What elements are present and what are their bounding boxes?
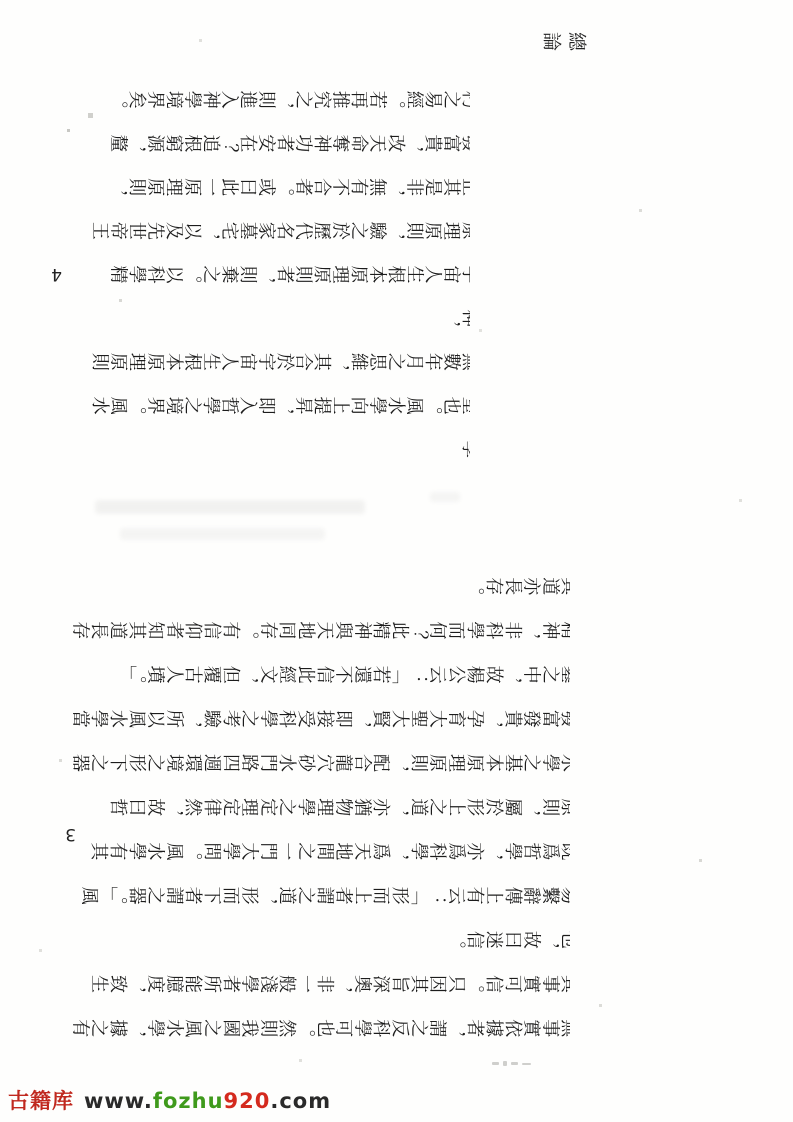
text-column: 原理原則，驗之於歷代名家墓宅，以及先世帝王 (75, 207, 470, 251)
text-column: 既爲哲學，亦爲科學，爲天地間之一門大學問。風水學有其 (68, 827, 570, 871)
watermark-url-number: 920 (224, 1089, 271, 1113)
ink-bleed-smudge (120, 528, 325, 540)
text-column: 其事實可信。只因其旨深奧，非一般淺學者所能臆度，致生 (68, 960, 570, 1004)
watermark-url-tld: .com (270, 1089, 331, 1113)
text-column: 墓之中，故楊公云：「若還不信此經文，但覆古人墳。」 (68, 650, 570, 694)
text-column: 其道亦長存。 (68, 562, 570, 606)
page3-text-block: 其道亦長存。精神，非科學而何？此精神與天地同存。有信仰者知其道長存墓之中，故楊公… (68, 562, 570, 1049)
text-column: 原則，屬於形上之道，亦猶物理學之定理定律然，故曰哲 (68, 783, 570, 827)
text-column: 發富發貴，孕育大聖大賢，即接受科學之考驗，所以風水學當 (68, 695, 570, 739)
text-column: 精神，非科學而何？此精神與天地同存。有信仰者知其道長存 (68, 606, 570, 650)
text-column: 發富貴，改天命奪神功者安在？追根窮源，釐 (75, 120, 470, 164)
text-column: 言，則已入於科學境界，受科學精神所支配，而各 (75, 469, 470, 470)
text-column: 宇宙人生根本原理原則者，則棄之。以科學精神， (75, 251, 470, 338)
page-number-3: 3 (50, 824, 76, 850)
page4-text-block: 朽之易經。若再推究之，則進入神學境界矣。發富貴，改天命奪神功者安在？追根窮源，釐… (75, 76, 470, 470)
running-head-section-title: 總論 (533, 27, 587, 55)
text-column: 無事實依據者，謂之反科學可也。然則我國之風水學，據之有理，可 (68, 1004, 570, 1049)
page4-columns: 朽之易經。若再推究之，則進入神學境界矣。發富貴，改天命奪神功者安在？追根窮源，釐… (75, 76, 470, 470)
watermark-url-domain: fozhu (153, 1089, 224, 1113)
section-title-text: 總論 (533, 27, 587, 55)
page3-columns: 其道亦長存。精神，非科學而何？此精神與天地同存。有信仰者知其道長存墓之中，故楊公… (68, 562, 570, 1049)
text-column: 朽之易經。若再推究之，則進入神學境界矣。 (75, 76, 470, 120)
scan-noise-speckles (0, 0, 1, 1)
watermark-brand: 古籍库 (8, 1089, 74, 1113)
text-column: 正其是非，無有不合者。或曰此一原理原則， (75, 163, 470, 207)
watermark-url-www: www. (84, 1089, 153, 1113)
page-number-4: 4 (36, 264, 62, 290)
ink-bleed-smudge (95, 500, 365, 514)
ink-bleed-smudge (430, 492, 460, 502)
watermark: 古籍库www.fozhu920.com (8, 1085, 331, 1111)
text-column: 室也。風水學向上提昇，即入哲學之境界。風水學 (75, 382, 470, 469)
text-column: 水學之基本原理原則，配合龍穴砂水門路四週環境之形下之器 (68, 739, 570, 783)
text-column: 也，故曰迷信。 (68, 916, 570, 960)
text-column: 無數年月之思維，其合於宇宙人生根本原理原則 (75, 338, 470, 382)
marginalia-marks (492, 1053, 552, 1065)
text-column: 易繫辭傳上有云：「形而上者謂之道，形而下者謂之器。」風 (68, 871, 570, 915)
scanned-book-page: 總論 朽之易經。若再推究之，則進入神學境界矣。發富貴，改天命奪神功者安在？追根窮… (0, 0, 793, 1122)
